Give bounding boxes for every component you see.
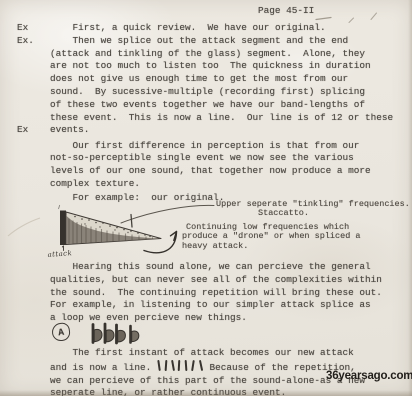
- upper-label-pointer-line: [121, 205, 214, 223]
- text-line: events.: [50, 124, 393, 137]
- text-line: (attack and tinkling of the glass) segme…: [50, 48, 393, 61]
- page-number: Page 45-II: [258, 5, 314, 18]
- text-line: Then we splice out the attack segment an…: [50, 35, 393, 48]
- paragraph-3: Hearing this sound alone, we can perciev…: [50, 261, 382, 325]
- text-line: Hearing this sound alone, we can perciev…: [50, 261, 382, 274]
- loop-attack-shapes-drawing: [89, 321, 149, 346]
- attack-bar-flourish: [59, 205, 60, 209]
- text-line: we can percieve of this part of the soun…: [50, 375, 365, 388]
- wedge-waveform-fill: [66, 216, 160, 245]
- margin-note-ex-1: Ex: [17, 22, 28, 35]
- circled-a-marker: A: [51, 322, 71, 342]
- decay-wedge: [66, 212, 161, 245]
- paragraph-4: The first instant of attack becomes our …: [50, 347, 365, 396]
- text-line: For example, in listening to our simpler…: [50, 299, 382, 312]
- circled-a-letter: A: [57, 326, 64, 338]
- diagram-label-upper-1: Upper seperate "tinkling" frequencies.: [216, 200, 410, 210]
- right-scan-edge: [408, 0, 412, 396]
- scanned-document-page: Page 45-II Ex Ex. Ex First, a quick revi…: [0, 0, 412, 396]
- text-line: the sound. The continuing repetition wil…: [50, 287, 382, 300]
- margin-note-ex-2: Ex.: [17, 35, 34, 48]
- text-line: not-so-perceptible single event we now s…: [50, 152, 371, 165]
- one-tick-mark: [62, 246, 63, 251]
- paragraph-2: Our first difference in perception is th…: [50, 140, 371, 191]
- text-segment: and is now a line.: [50, 362, 157, 373]
- text-line: The first instant of attack becomes our …: [50, 347, 365, 360]
- text-line: levels of our one sound, that together n…: [50, 165, 371, 178]
- text-line: are not too much to listen too The quick…: [50, 60, 393, 73]
- text-line: of these two events together we have our…: [50, 99, 393, 112]
- attack-bar: [60, 211, 66, 246]
- text-line: qualities, but can never see all of the …: [50, 274, 382, 287]
- text-line: does not give us enough time to get the …: [50, 73, 393, 86]
- text-line-with-tally: and is now a line. Because of the repeti…: [50, 360, 365, 375]
- paper-crease: [8, 218, 40, 236]
- bottom-scan-edge: [0, 390, 412, 396]
- wedge-tick-mark: [131, 215, 132, 228]
- tally-marks-icon: [157, 360, 204, 371]
- example-intro-line: For example: our original.: [50, 192, 224, 205]
- text-line: these event. This is now a line. Our lin…: [50, 112, 393, 125]
- wedge-dots: [74, 216, 151, 238]
- diagram-label-upper-2: Staccatto.: [258, 209, 309, 219]
- text-line: sound. By sucessive-multiple (recording …: [50, 86, 393, 99]
- watermark: 36yearsago.com: [326, 370, 412, 382]
- paragraph-1: First, a quick review. We have our origi…: [50, 22, 393, 137]
- wedge-hatching: [69, 219, 153, 244]
- margin-note-ex-3: Ex: [17, 124, 28, 137]
- curved-arrow: [144, 232, 177, 253]
- handwritten-attack-label: attack: [47, 249, 72, 259]
- text-line: First, a quick review. We have our origi…: [50, 22, 393, 35]
- text-line: Our first difference in perception is th…: [50, 140, 371, 153]
- text-line: complex texture.: [50, 178, 371, 191]
- diagram-label-lower-3: heavy attack.: [182, 242, 248, 252]
